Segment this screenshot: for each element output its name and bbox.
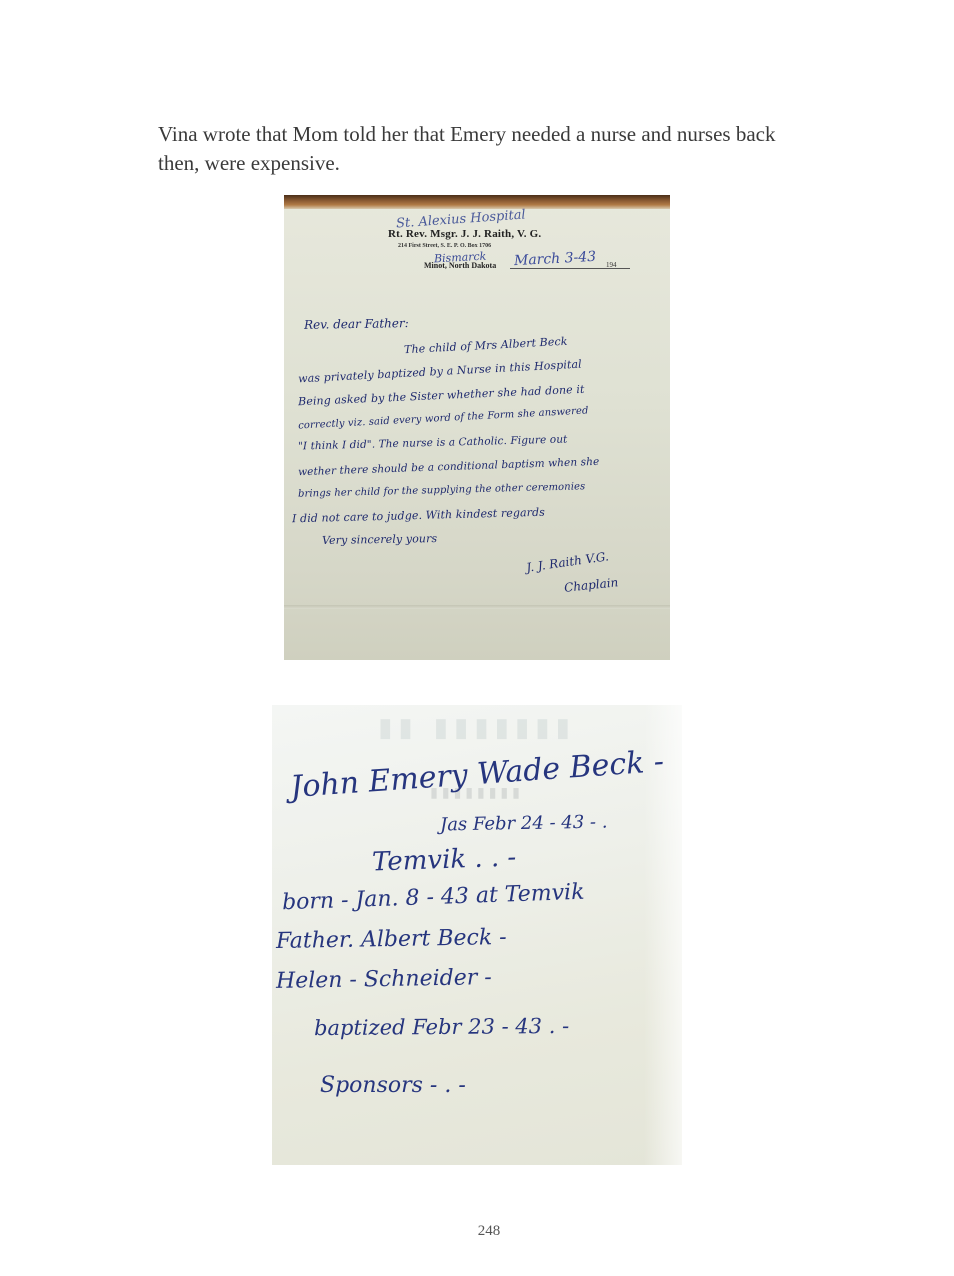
letter-body-line: brings her child for the supplying the o… [298, 481, 586, 500]
note-line: Sponsors - . - [320, 1073, 466, 1098]
note-line: Jas Febr 24 - 43 - . [440, 812, 608, 836]
letterhead-printed-city: Minot, North Dakota [424, 261, 496, 270]
letter-closing: Very sincerely yours [322, 532, 437, 547]
note-line: Temvik . . - [372, 842, 517, 877]
letterhead-printed-year: 194 [606, 261, 617, 269]
note-line: Helen - Schneider - [276, 965, 492, 994]
letter-signature: J. J. Raith V.G. [525, 549, 609, 574]
wooden-table-edge [284, 195, 670, 209]
letter-body-line: was privately baptized by a Nurse in thi… [298, 358, 582, 386]
letter-signature-title: Chaplain [563, 575, 618, 595]
letter-fold-crease [284, 605, 670, 609]
baptism-note-photo: ▮▮ ▮▮▮▮▮▮▮ ▮▮▮▮▮▮▮▮ John Emery Wade Beck… [272, 705, 682, 1165]
intro-paragraph: Vina wrote that Mom told her that Emery … [158, 120, 818, 178]
letter-body-line: correctly viz. said every word of the Fo… [298, 405, 589, 431]
page-number: 248 [0, 1223, 954, 1240]
note-line: baptized Febr 23 - 43 . - [314, 1014, 569, 1040]
letter-photo: St. Alexius Hospital Rt. Rev. Msgr. J. J… [284, 195, 670, 660]
letter-body-line: "I think I did". The nurse is a Catholic… [298, 433, 568, 452]
letterhead-address: 214 First Street, S. E. P. O. Box 1706 [398, 243, 491, 249]
letter-body-line: The child of Mrs Albert Beck [404, 335, 568, 357]
note-bleedthrough-print: ▮▮ ▮▮▮▮▮▮▮ [312, 713, 642, 743]
letterhead-name: Rt. Rev. Msgr. J. J. Raith, V. G. [388, 228, 541, 240]
letterhead-handwritten-date: March 3-43 [514, 249, 597, 269]
note-line: Father. Albert Beck - [276, 925, 507, 954]
letter-body-line: Being asked by the Sister whether she ha… [298, 383, 585, 408]
note-line: born - Jan. 8 - 43 at Temvik [282, 880, 585, 916]
letter-body-line: wether there should be a conditional bap… [298, 456, 600, 479]
letter-salutation: Rev. dear Father: [304, 316, 409, 332]
letter-body-line: I did not care to judge. With kindest re… [292, 506, 545, 526]
